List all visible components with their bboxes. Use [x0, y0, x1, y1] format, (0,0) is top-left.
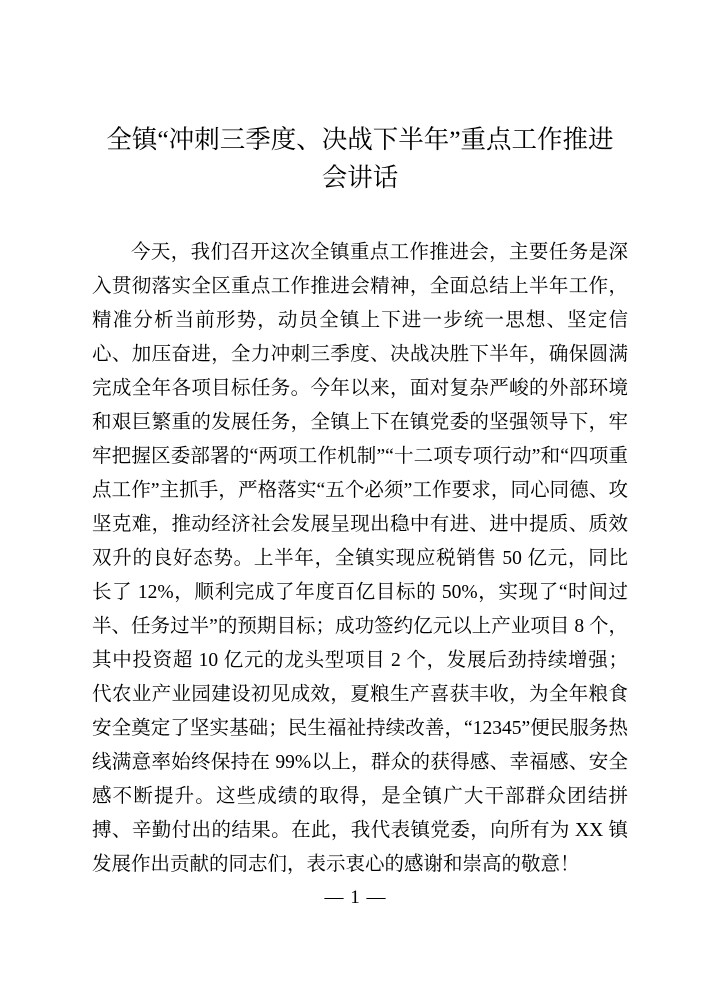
body-text-line: 感不断提升。这些成绩的取得，是全镇广大干部群众团结拼 [92, 780, 628, 814]
body-text-line: 安全奠定了坚实基础；民生福祉持续改善，“12345”便民服务热 [92, 712, 628, 746]
body-text-line: 代农业产业园建设初见成效，夏粮生产喜获丰收，为全年粮食 [92, 678, 628, 712]
document-page: 全镇“冲刺三季度、决战下半年”重点工作推进会讲话 今天，我们召开这次全镇重点工作… [0, 0, 711, 1006]
document-title: 全镇“冲刺三季度、决战下半年”重点工作推进会讲话 [92, 121, 628, 197]
body-text-line: 今天，我们召开这次全镇重点工作推进会，主要任务是深 [92, 236, 628, 270]
body-text-line: 点工作”主抓手，严格落实“五个必须”工作要求，同心同德、攻 [92, 474, 628, 508]
body-text-line: 心、加压奋进，全力冲刺三季度、决战决胜下半年，确保圆满 [92, 338, 628, 372]
body-text-line: 完成全年各项目标任务。今年以来，面对复杂严峻的外部环境 [92, 372, 628, 406]
body-text-line: 线满意率始终保持在 99%以上，群众的获得感、幸福感、安全 [92, 746, 628, 780]
document-body: 今天，我们召开这次全镇重点工作推进会，主要任务是深入贯彻落实全区重点工作推进会精… [92, 236, 628, 882]
body-text-line: 坚克难，推动经济社会发展呈现出稳中有进、进中提质、质效 [92, 508, 628, 542]
body-text-line: 双升的良好态势。上半年，全镇实现应税销售 50 亿元，同比增 [92, 542, 628, 576]
body-text-line: 长了 12%，顺利完成了年度百亿目标的 50%，实现了“时间过 [92, 576, 628, 610]
body-text-line: 精准分析当前形势，动员全镇上下进一步统一思想、坚定信 [92, 304, 628, 338]
title-line: 全镇“冲刺三季度、决战下半年”重点工作推进 [92, 121, 628, 159]
body-text-line: 牢把握区委部署的“两项工作机制”“十二项专项行动”和“四项重 [92, 440, 628, 474]
body-text-line: 其中投资超 10 亿元的龙头型项目 2 个，发展后劲持续增强；现 [92, 644, 628, 678]
body-text-line: 发展作出贡献的同志们，表示衷心的感谢和崇高的敬意！ [92, 848, 628, 882]
page-number: — 1 — [0, 886, 711, 910]
body-text-line: 入贯彻落实全区重点工作推进会精神，全面总结上半年工作， [92, 270, 628, 304]
body-text-line: 和艰巨繁重的发展任务，全镇上下在镇党委的坚强领导下，牢 [92, 406, 628, 440]
body-text-line: 半、任务过半”的预期目标；成功签约亿元以上产业项目 8 个， [92, 610, 628, 644]
title-line: 会讲话 [92, 159, 628, 197]
body-text-line: 搏、辛勤付出的结果。在此，我代表镇党委，向所有为 XX 镇 [92, 814, 628, 848]
